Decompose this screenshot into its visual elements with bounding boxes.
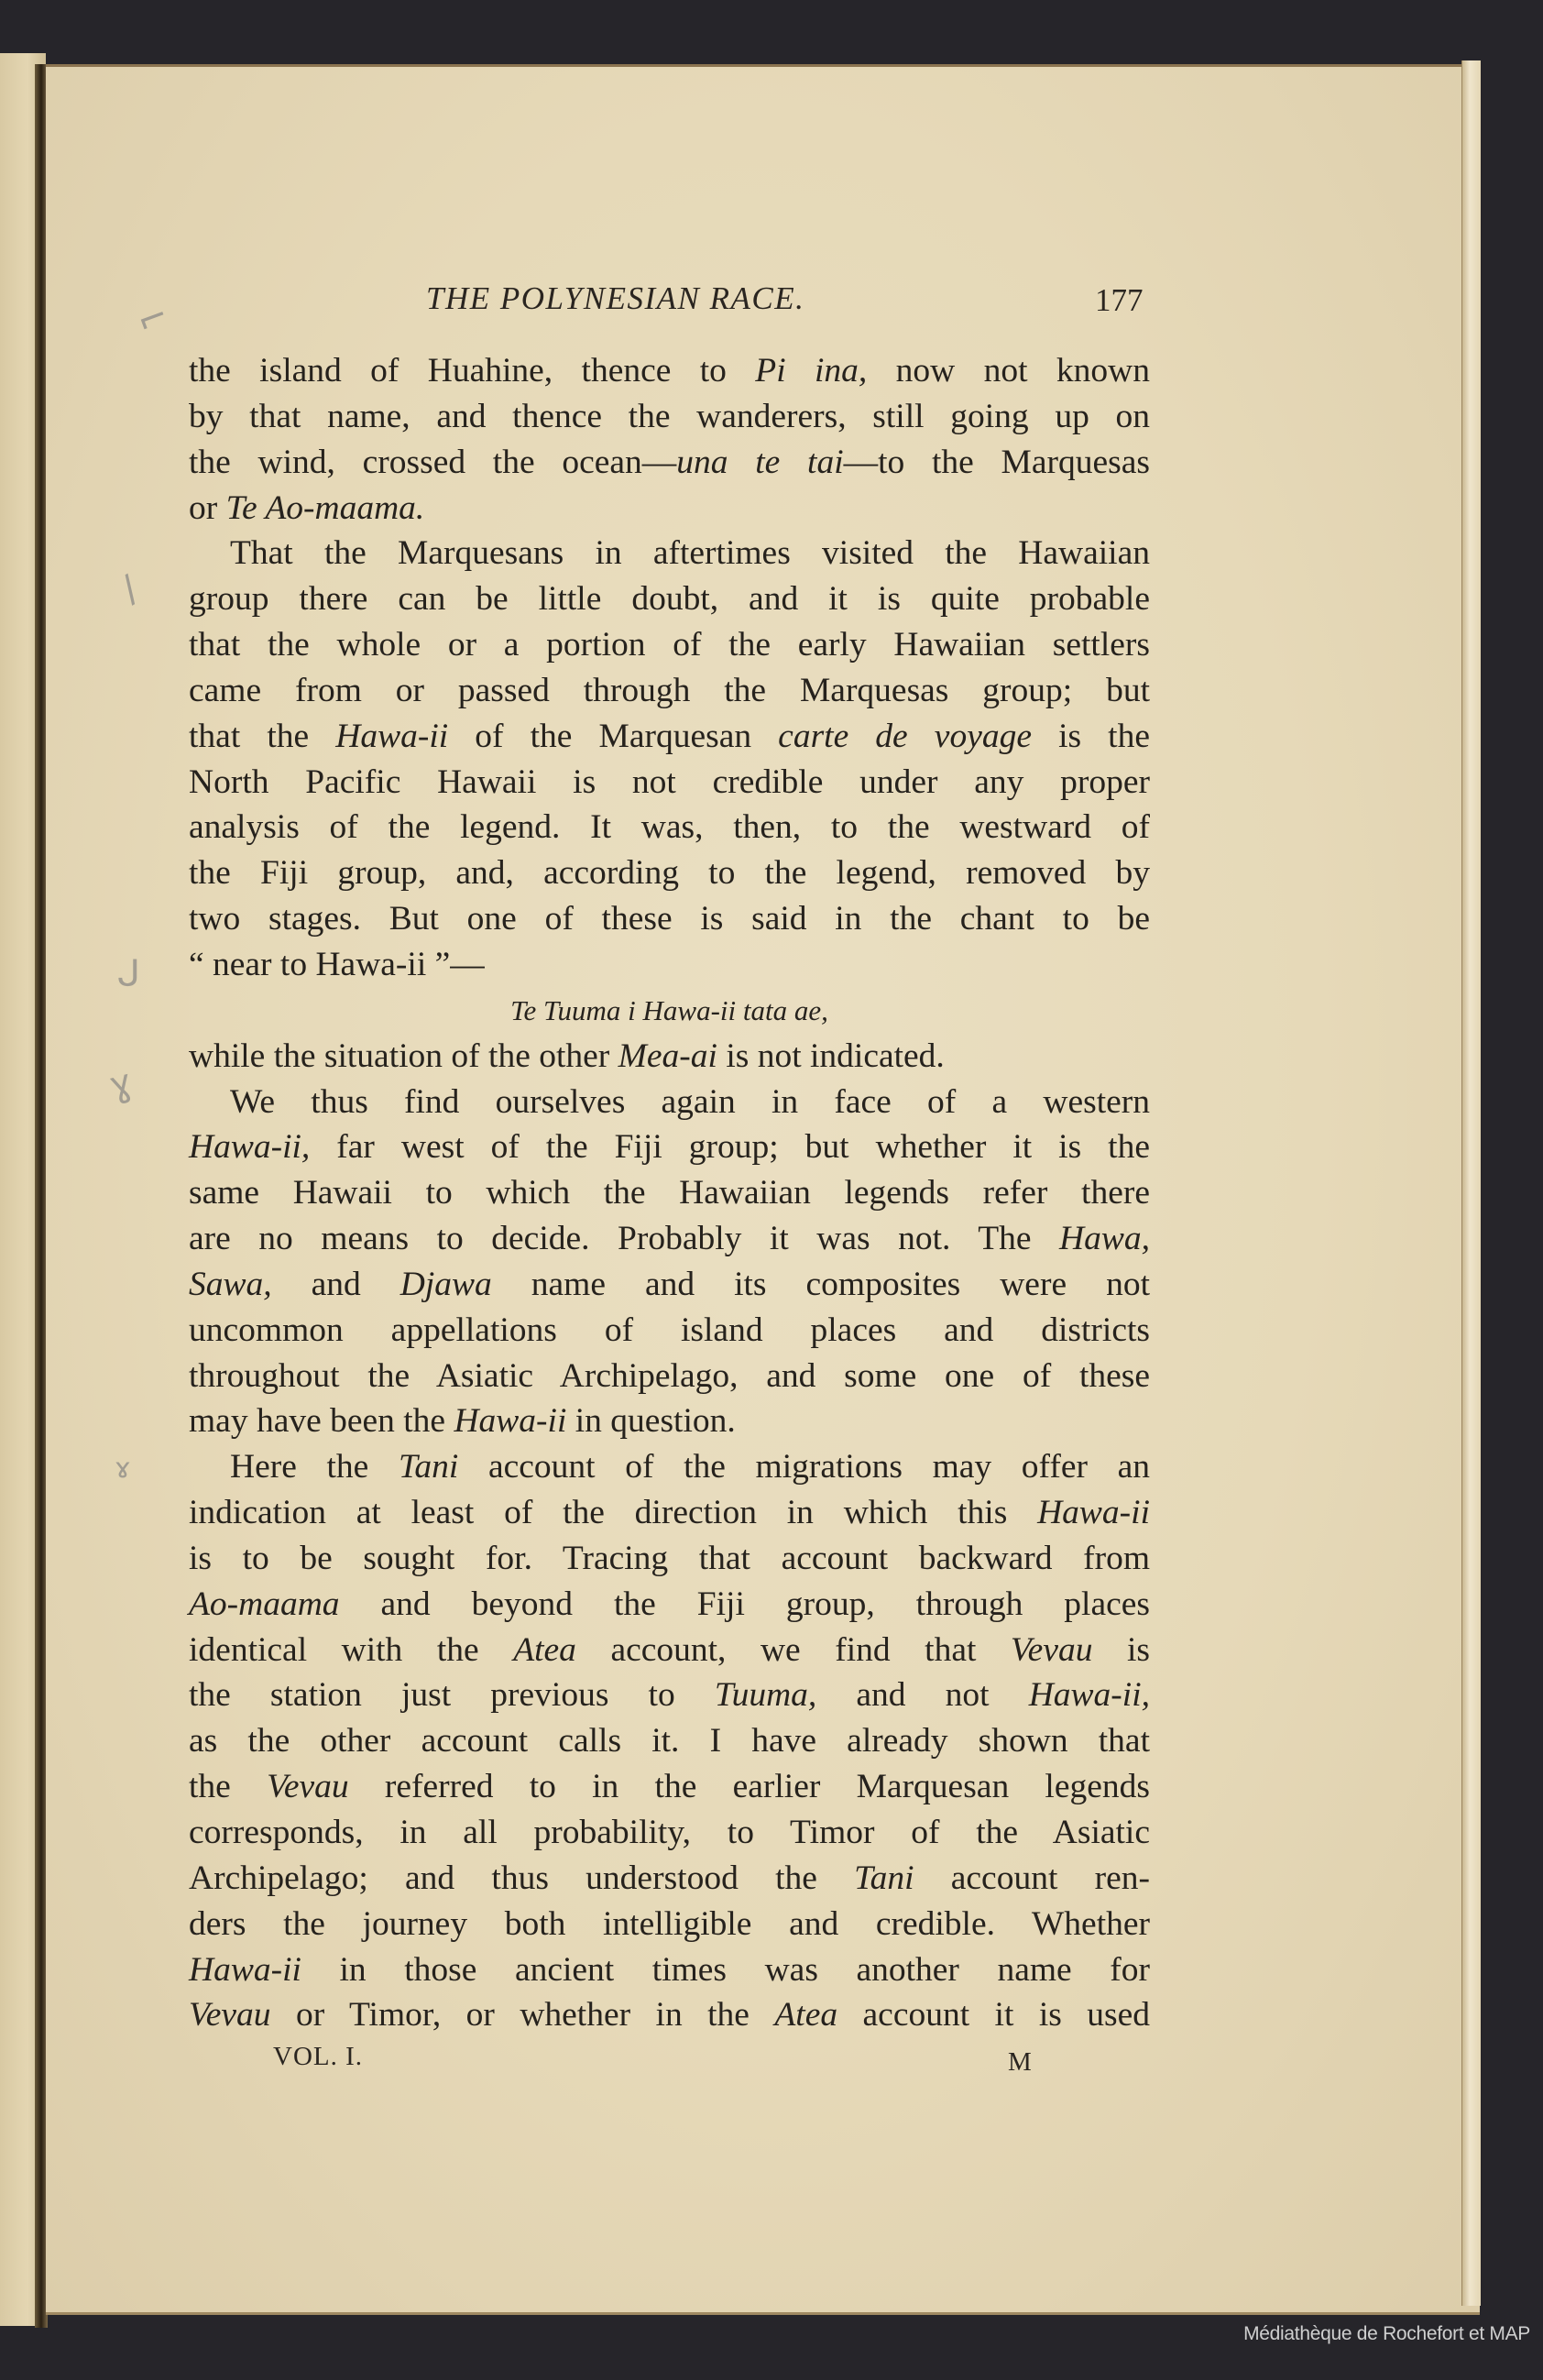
text-line: that the Hawa-ii of the Marquesan carte … — [189, 714, 1150, 760]
italic-text: Pi ina, — [755, 352, 867, 389]
text-run: account ren- — [914, 1859, 1151, 1897]
text-run: group there can be little doubt, and it … — [189, 580, 1150, 618]
text-run: account it is used — [837, 1996, 1150, 2034]
watermark: Médiathèque de Rochefort et MAP — [1243, 2323, 1530, 2345]
text-run: or Timor, or whether in the — [271, 1996, 775, 2034]
text-line: are no means to decide. Probably it was … — [189, 1216, 1150, 1262]
italic-text: Tani — [399, 1448, 458, 1486]
running-title: THE POLYNESIAN RACE. — [426, 280, 804, 317]
text-run: by that name, and thence the wanderers, … — [189, 398, 1150, 435]
text-line: identical with the Atea account, we find… — [189, 1628, 1150, 1673]
text-line: analysis of the legend. It was, then, to… — [189, 805, 1150, 850]
text-line: that the whole or a portion of the early… — [189, 622, 1150, 668]
text-run: account of the migrations may offer an — [458, 1448, 1150, 1486]
pencil-mark-icon: ɤ — [115, 1453, 131, 1485]
text-run: as the other account calls it. I have al… — [189, 1722, 1150, 1760]
text-run: —to the Marquesas — [844, 444, 1150, 481]
text-run: and beyond the Fiji group, through place… — [340, 1585, 1150, 1623]
text-run: now not known — [867, 352, 1150, 389]
text-line: came from or passed through the Marquesa… — [189, 668, 1150, 714]
italic-text: una te tai — [676, 444, 843, 481]
pencil-mark-icon: ᒍ — [117, 953, 140, 995]
text-run: name and its composites were not — [492, 1266, 1150, 1303]
italic-text: Vevau — [267, 1768, 349, 1805]
text-line: Archipelago; and thus understood the Tan… — [189, 1856, 1150, 1902]
text-line: may have been the Hawa-ii in question. — [189, 1398, 1150, 1444]
text-run: account, we find that — [576, 1631, 1011, 1669]
text-line: the Fiji group, and, according to the le… — [189, 850, 1150, 896]
text-line: ders the journey both intelligible and c… — [189, 1902, 1150, 1947]
text-run: while the situation of the other — [189, 1037, 618, 1075]
text-line: throughout the Asiatic Archipelago, and … — [189, 1354, 1150, 1399]
text-line: That the Marquesans in aftertimes visite… — [189, 531, 1150, 576]
text-run: the wind, crossed the ocean— — [189, 444, 676, 481]
text-line: Hawa-ii in those ancient times was anoth… — [189, 1947, 1150, 1993]
text-line: is to be sought for. Tracing that accoun… — [189, 1536, 1150, 1582]
italic-text: Hawa-ii, — [1029, 1676, 1150, 1714]
text-run: identical with the — [189, 1631, 513, 1669]
text-line: corresponds, in all probability, to Timo… — [189, 1810, 1150, 1856]
signature-mark: M — [1008, 2047, 1032, 2078]
text-line: by that name, and thence the wanderers, … — [189, 394, 1150, 440]
italic-text: Mea-ai — [618, 1037, 717, 1075]
page-fore-edge — [1461, 60, 1481, 2306]
text-run: that the whole or a portion of the early… — [189, 626, 1150, 664]
verse-line: Te Tuuma i Hawa-ii tata ae, — [189, 988, 1150, 1034]
text-run: in question. — [566, 1402, 735, 1440]
text-run: Te Tuuma i Hawa-ii tata ae, — [510, 994, 828, 1026]
text-run: the — [189, 1768, 267, 1805]
text-run: the station just previous to — [189, 1676, 715, 1714]
text-line: “ near to Hawa-ii ”— — [189, 942, 1150, 988]
text-line: We thus find ourselves again in face of … — [189, 1080, 1150, 1125]
text-line: or Te Ao-maama. — [189, 486, 1150, 532]
text-run: two stages. But one of these is said in … — [189, 900, 1150, 938]
text-run: indication at least of the direction in … — [189, 1494, 1037, 1531]
text-line: the wind, crossed the ocean—una te tai—t… — [189, 440, 1150, 486]
text-run: corresponds, in all probability, to Timo… — [189, 1814, 1150, 1851]
text-run: that the — [189, 718, 335, 755]
text-run: ders the journey both intelligible and c… — [189, 1905, 1150, 1943]
text-run: is the — [1032, 718, 1150, 755]
italic-text: Hawa-ii — [335, 718, 448, 755]
text-run: may have been the — [189, 1402, 454, 1440]
italic-text: Te Ao-maama. — [226, 489, 425, 527]
italic-text: Atea — [774, 1996, 837, 2034]
text-run: is — [1092, 1631, 1150, 1669]
text-run: and — [272, 1266, 400, 1303]
text-run: analysis of the legend. It was, then, to… — [189, 808, 1150, 846]
text-run: throughout the Asiatic Archipelago, and … — [189, 1357, 1150, 1395]
text-run: “ near to Hawa-ii ”— — [189, 946, 485, 983]
italic-text: Hawa-ii, — [189, 1128, 310, 1166]
text-line: the island of Huahine, thence to Pi ina,… — [189, 348, 1150, 394]
text-line: group there can be little doubt, and it … — [189, 576, 1150, 622]
text-line: Ao-maama and beyond the Fiji group, thro… — [189, 1582, 1150, 1628]
italic-text: Ao-maama — [189, 1585, 340, 1623]
text-line: Sawa, and Djawa name and its composites … — [189, 1262, 1150, 1308]
text-run: is to be sought for. Tracing that accoun… — [189, 1540, 1150, 1577]
signature-volume: VOL. I. — [273, 2042, 363, 2072]
text-run: far west of the Fiji group; but whether … — [310, 1128, 1150, 1166]
text-run: referred to in the earlier Marquesan leg… — [349, 1768, 1150, 1805]
text-line: Hawa-ii, far west of the Fiji group; but… — [189, 1124, 1150, 1170]
text-run: Here the — [230, 1448, 399, 1486]
text-line: indication at least of the direction in … — [189, 1490, 1150, 1536]
italic-text: Tani — [854, 1859, 914, 1897]
italic-text: Hawa-ii — [189, 1951, 301, 1989]
text-line: the Vevau referred to in the earlier Mar… — [189, 1764, 1150, 1810]
italic-text: Tuuma, — [715, 1676, 817, 1714]
italic-text: Sawa, — [189, 1266, 272, 1303]
italic-text: Vevau — [189, 1996, 271, 2034]
text-run: is not indicated. — [717, 1037, 945, 1075]
text-run: North Pacific Hawaii is not credible und… — [189, 763, 1150, 801]
text-line: Vevau or Timor, or whether in the Atea a… — [189, 1992, 1150, 2038]
text-line: while the situation of the other Mea-ai … — [189, 1034, 1150, 1080]
text-run: That the Marquesans in aftertimes visite… — [230, 534, 1150, 572]
page-number: 177 — [1095, 282, 1144, 319]
text-line: Here the Tani account of the migrations … — [189, 1444, 1150, 1490]
text-run: or — [189, 489, 226, 527]
text-run: the island of Huahine, thence to — [189, 352, 755, 389]
text-line: same Hawaii to which the Hawaiian legend… — [189, 1170, 1150, 1216]
italic-text: Atea — [513, 1631, 576, 1669]
text-line: uncommon appellations of island places a… — [189, 1308, 1150, 1354]
text-line: the station just previous to Tuuma, and … — [189, 1673, 1150, 1718]
text-run: uncommon appellations of island places a… — [189, 1311, 1150, 1349]
italic-text: carte de voyage — [778, 718, 1032, 755]
text-run: Archipelago; and thus understood the — [189, 1859, 854, 1897]
italic-text: Djawa — [400, 1266, 492, 1303]
italic-text: Hawa, — [1059, 1220, 1150, 1257]
text-run: We thus find ourselves again in face of … — [230, 1083, 1150, 1121]
text-run: came from or passed through the Marquesa… — [189, 672, 1150, 709]
text-run: and not — [816, 1676, 1028, 1714]
text-line: two stages. But one of these is said in … — [189, 896, 1150, 942]
text-line: North Pacific Hawaii is not credible und… — [189, 760, 1150, 806]
text-run: of the Marquesan — [448, 718, 778, 755]
text-run: in those ancient times was another name … — [301, 1951, 1150, 1989]
italic-text: Hawa-ii — [454, 1402, 566, 1440]
text-run: are no means to decide. Probably it was … — [189, 1220, 1059, 1257]
body-text: the island of Huahine, thence to Pi ina,… — [189, 348, 1150, 2038]
text-line: as the other account calls it. I have al… — [189, 1718, 1150, 1764]
italic-text: Hawa-ii — [1037, 1494, 1150, 1531]
text-run: the Fiji group, and, according to the le… — [189, 854, 1150, 892]
text-run: same Hawaii to which the Hawaiian legend… — [189, 1174, 1150, 1212]
italic-text: Vevau — [1011, 1631, 1093, 1669]
